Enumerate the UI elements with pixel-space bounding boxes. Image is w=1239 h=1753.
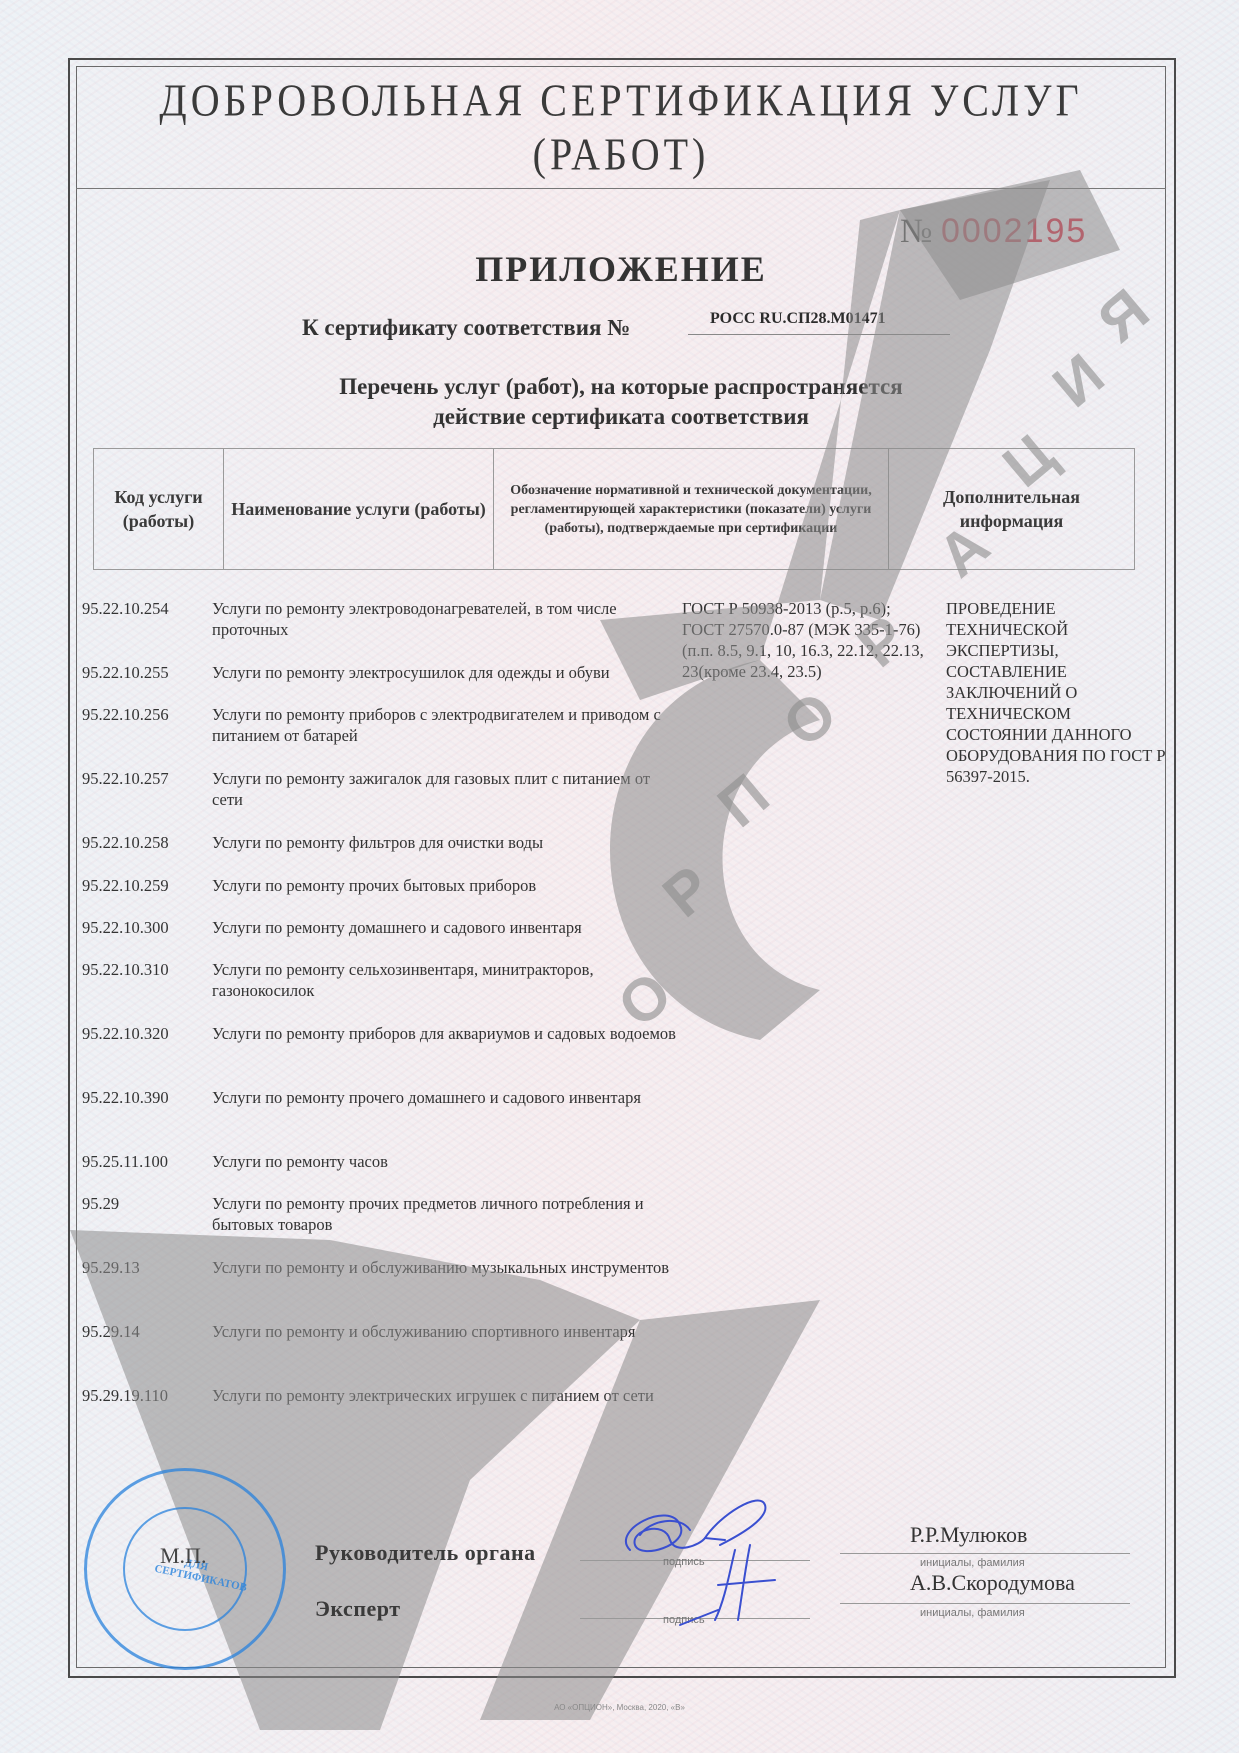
- service-code: 95.22.10.310: [82, 959, 212, 1001]
- service-code: 95.22.10.390: [82, 1087, 212, 1108]
- table-row: 95.29.13Услуги по ремонту и обслуживанию…: [82, 1257, 682, 1278]
- header-docs: Обозначение нормативной и технической до…: [494, 449, 889, 569]
- expert-signature-caption: подпись: [663, 1614, 705, 1626]
- table-row: 95.22.10.258Услуги по ремонту фильтров д…: [82, 832, 682, 853]
- service-name: Услуги по ремонту и обслуживанию спортив…: [212, 1321, 682, 1342]
- service-name: Услуги по ремонту и обслуживанию музыкал…: [212, 1257, 682, 1278]
- certificate-number: РОСС RU.СП28.М01471: [688, 310, 950, 335]
- service-name: Услуги по ремонту сельхозинвентаря, мини…: [212, 959, 682, 1001]
- service-code: 95.29: [82, 1193, 212, 1235]
- service-code: 95.29.14: [82, 1321, 212, 1342]
- list-heading-line2: действие сертификата соответствия: [76, 402, 1166, 432]
- table-row: 95.22.10.254Услуги по ремонту электровод…: [82, 598, 682, 640]
- table-row: 95.25.11.100Услуги по ремонту часов: [82, 1151, 682, 1172]
- service-name: Услуги по ремонту электросушилок для оде…: [212, 662, 682, 683]
- service-code: 95.22.10.300: [82, 917, 212, 938]
- service-name: Услуги по ремонту приборов с электродвиг…: [212, 704, 682, 746]
- stamp-inner-ring: ДЛЯ СЕРТИФИКАТОВ: [123, 1507, 247, 1631]
- inner-frame: [76, 66, 1166, 1668]
- header-name: Наименование услуги (работы): [224, 449, 494, 569]
- organization-stamp: ДЛЯ СЕРТИФИКАТОВ: [84, 1468, 286, 1670]
- table-row: 95.22.10.300Услуги по ремонту домашнего …: [82, 917, 682, 938]
- service-code: 95.22.10.259: [82, 875, 212, 896]
- header-code: Код услуги (работы): [94, 449, 224, 569]
- head-name: Р.Р.Мулюков: [910, 1522, 1027, 1548]
- service-code: 95.22.10.258: [82, 832, 212, 853]
- form-number: № 0002195: [900, 212, 1087, 251]
- table-row: 95.22.10.259Услуги по ремонту прочих быт…: [82, 875, 682, 896]
- table-row: 95.22.10.255Услуги по ремонту электросуш…: [82, 662, 682, 683]
- header-info: Дополнительная информация: [889, 449, 1134, 569]
- table-row: 95.22.10.310Услуги по ремонту сельхозинв…: [82, 959, 682, 1001]
- certificate-label: К сертификату соответствия №: [302, 315, 630, 341]
- service-name: Услуги по ремонту приборов для аквариумо…: [212, 1023, 682, 1044]
- head-name-caption: инициалы, фамилия: [920, 1557, 1025, 1569]
- service-code: 95.22.10.257: [82, 768, 212, 810]
- head-signature-caption: подпись: [663, 1556, 705, 1568]
- expert-name-caption: инициалы, фамилия: [920, 1607, 1025, 1619]
- service-code: 95.22.10.254: [82, 598, 212, 640]
- expert-name-line: [840, 1603, 1130, 1604]
- service-name: Услуги по ремонту прочих бытовых приборо…: [212, 875, 682, 896]
- service-code: 95.22.10.320: [82, 1023, 212, 1044]
- table-row: 95.22.10.256Услуги по ремонту приборов с…: [82, 704, 682, 746]
- head-name-line: [840, 1553, 1130, 1554]
- list-heading: Перечень услуг (работ), на которые распр…: [76, 372, 1166, 432]
- expert-name: А.В.Скородумова: [910, 1570, 1075, 1596]
- form-number-value: 0002195: [941, 212, 1087, 250]
- service-code: 95.22.10.256: [82, 704, 212, 746]
- table-row: 95.29.14Услуги по ремонту и обслуживанию…: [82, 1321, 682, 1342]
- appendix-title: ПРИЛОЖЕНИЕ: [76, 248, 1166, 290]
- table-row: 95.22.10.257Услуги по ремонту зажигалок …: [82, 768, 682, 810]
- list-heading-line1: Перечень услуг (работ), на которые распр…: [76, 372, 1166, 402]
- table-header: Код услуги (работы) Наименование услуги …: [93, 448, 1135, 570]
- service-name: Услуги по ремонту электроводонагревателе…: [212, 598, 682, 640]
- table-row: 95.29Услуги по ремонту прочих предметов …: [82, 1193, 682, 1235]
- service-name: Услуги по ремонту электрических игрушек …: [212, 1385, 682, 1406]
- service-code: 95.22.10.255: [82, 662, 212, 683]
- service-name: Услуги по ремонту зажигалок для газовых …: [212, 768, 682, 810]
- service-name: Услуги по ремонту часов: [212, 1151, 682, 1172]
- table-row: 95.22.10.320Услуги по ремонту приборов д…: [82, 1023, 682, 1044]
- normative-docs: ГОСТ Р 50938-2013 (р.5, р.6); ГОСТ 27570…: [682, 598, 937, 682]
- service-name: Услуги по ремонту домашнего и садового и…: [212, 917, 682, 938]
- header-divider: [76, 188, 1166, 189]
- table-row: 95.29.19.110Услуги по ремонту электричес…: [82, 1385, 682, 1406]
- additional-info: ПРОВЕДЕНИЕ ТЕХНИЧЕСКОЙ ЭКСПЕРТИЗЫ, СОСТА…: [946, 598, 1166, 787]
- service-name: Услуги по ремонту фильтров для очистки в…: [212, 832, 682, 853]
- stamp-place-label: М.П.: [160, 1543, 206, 1569]
- table-row: 95.22.10.390Услуги по ремонту прочего до…: [82, 1087, 682, 1108]
- service-code: 95.29.19.110: [82, 1385, 212, 1406]
- head-label: Руководитель органа: [315, 1540, 536, 1566]
- service-name: Услуги по ремонту прочего домашнего и са…: [212, 1087, 682, 1108]
- service-name: Услуги по ремонту прочих предметов лично…: [212, 1193, 682, 1235]
- printer-imprint: АО «ОПЦИОН», Москва, 2020, «В»: [0, 1703, 1239, 1712]
- document-header-title: ДОБРОВОЛЬНАЯ СЕРТИФИКАЦИЯ УСЛУГ (РАБОТ): [76, 73, 1166, 181]
- service-code: 95.25.11.100: [82, 1151, 212, 1172]
- service-code: 95.29.13: [82, 1257, 212, 1278]
- number-sign: №: [900, 213, 932, 250]
- expert-label: Эксперт: [315, 1596, 401, 1622]
